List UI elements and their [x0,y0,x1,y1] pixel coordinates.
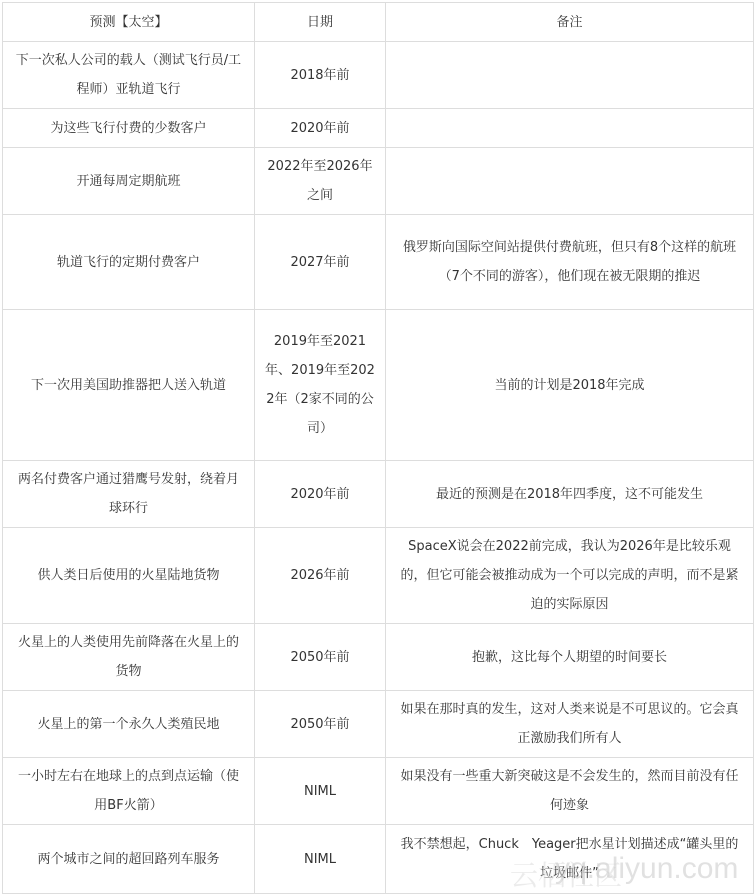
table-row: 开通每周定期航班 2022年至2026年之间 [3,148,754,215]
cell-prediction: 一小时左右在地球上的点到点运输（使用BF火箭） [3,758,255,825]
cell-prediction: 轨道飞行的定期付费客户 [3,215,255,310]
cell-date: NIML [255,758,386,825]
cell-prediction: 开通每周定期航班 [3,148,255,215]
cell-prediction: 火星上的人类使用先前降落在火星上的货物 [3,624,255,691]
table-row: 两个城市之间的超回路列车服务 NIML 我不禁想起，Chuck Yeager把水… [3,825,754,894]
header-prediction: 预测【太空】 [3,3,255,42]
cell-prediction: 下一次用美国助推器把人送入轨道 [3,310,255,461]
header-date: 日期 [255,3,386,42]
table-row: 轨道飞行的定期付费客户 2027年前 俄罗斯向国际空间站提供付费航班，但只有8个… [3,215,754,310]
cell-notes: 最近的预测是在2018年四季度，这不可能发生 [386,461,754,528]
cell-notes: 如果没有一些重大新突破这是不会发生的，然而目前没有任何迹象 [386,758,754,825]
cell-prediction: 供人类日后使用的火星陆地货物 [3,528,255,624]
cell-date: 2026年前 [255,528,386,624]
cell-prediction: 两个城市之间的超回路列车服务 [3,825,255,894]
cell-date: 2050年前 [255,691,386,758]
cell-date: 2050年前 [255,624,386,691]
cell-notes [386,42,754,109]
cell-prediction: 为这些飞行付费的少数客户 [3,109,255,148]
cell-date: 2020年前 [255,109,386,148]
cell-prediction: 火星上的第一个永久人类殖民地 [3,691,255,758]
cell-date: 2020年前 [255,461,386,528]
cell-date: 2022年至2026年之间 [255,148,386,215]
table-header-row: 预测【太空】 日期 备注 [3,3,754,42]
cell-prediction: 两名付费客户通过猎鹰号发射，绕着月球环行 [3,461,255,528]
cell-notes: 俄罗斯向国际空间站提供付费航班，但只有8个这样的航班（7个不同的游客），他们现在… [386,215,754,310]
table-row: 两名付费客户通过猎鹰号发射，绕着月球环行 2020年前 最近的预测是在2018年… [3,461,754,528]
table-row: 一小时左右在地球上的点到点运输（使用BF火箭） NIML 如果没有一些重大新突破… [3,758,754,825]
cell-notes [386,109,754,148]
cell-notes: SpaceX说会在2022前完成，我认为2026年是比较乐观的，但它可能会被推动… [386,528,754,624]
cell-notes: 如果在那时真的发生，这对人类来说是不可思议的。它会真正激励我们所有人 [386,691,754,758]
table-row: 火星上的人类使用先前降落在火星上的货物 2050年前 抱歉，这比每个人期望的时间… [3,624,754,691]
cell-notes: 我不禁想起，Chuck Yeager把水星计划描述成“罐头里的垃圾邮件” [386,825,754,894]
cell-notes: 抱歉，这比每个人期望的时间要长 [386,624,754,691]
table-row: 为这些飞行付费的少数客户 2020年前 [3,109,754,148]
cell-date: 2027年前 [255,215,386,310]
cell-date: 2018年前 [255,42,386,109]
table-row: 火星上的第一个永久人类殖民地 2050年前 如果在那时真的发生，这对人类来说是不… [3,691,754,758]
cell-notes [386,148,754,215]
table-row: 供人类日后使用的火星陆地货物 2026年前 SpaceX说会在2022前完成，我… [3,528,754,624]
predictions-table: 预测【太空】 日期 备注 下一次私人公司的载人（测试飞行员/工程师）亚轨道飞行 … [2,2,754,894]
cell-notes: 当前的计划是2018年完成 [386,310,754,461]
table-row: 下一次私人公司的载人（测试飞行员/工程师）亚轨道飞行 2018年前 [3,42,754,109]
cell-prediction: 下一次私人公司的载人（测试飞行员/工程师）亚轨道飞行 [3,42,255,109]
table-row: 下一次用美国助推器把人送入轨道 2019年至2021年、2019年至2022年（… [3,310,754,461]
header-notes: 备注 [386,3,754,42]
cell-date: NIML [255,825,386,894]
cell-date: 2019年至2021年、2019年至2022年（2家不同的公司） [255,310,386,461]
